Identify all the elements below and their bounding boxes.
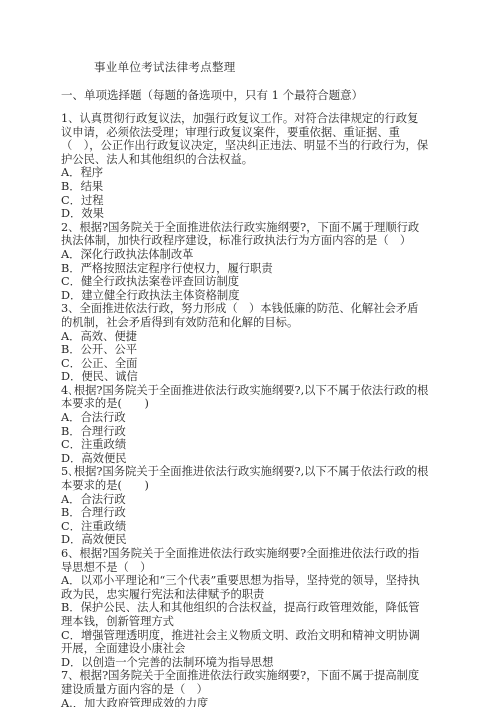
section-heading: 一、单项选择题（每题的备选项中，只有 1 个最符合题意） [61, 87, 363, 103]
question-stem: 1、认真贯彻行政复议法，加强行政复议工作。对符合法律规定的行政复议申请，必须依法… [61, 112, 429, 166]
option-b: B．合理行政 [61, 506, 429, 520]
option-a: A．高效、便捷 [61, 330, 429, 344]
question-stem: 3、全面推进依法行政，努力形成（ ）本钱低廉的防范、化解社会矛盾的机制，社会矛盾… [61, 302, 429, 329]
option-a: A．合法行政 [61, 411, 429, 425]
question-stem: 5､根据?国务院关于全面推进依法行政实施纲要?,以下不属于依法行政的根本要求的是… [61, 465, 429, 492]
question-1: 1、认真贯彻行政复议法，加强行政复议工作。对符合法律规定的行政复议申请，必须依法… [61, 112, 429, 221]
option-b: B．保护公民、法人和其他组织的合法权益，提高行政管理效能，降低管理本钱，创新管理… [61, 601, 429, 628]
option-d: D．以创造一个完善的法制环境为指导思想 [61, 656, 429, 670]
option-b: B．公开、公平 [61, 343, 429, 357]
question-stem: 4､根据?国务院关于全面推进依法行政实施纲要?,以下不属于依法行政的根本要求的是… [61, 384, 429, 411]
question-stem: 7、根据?国务院关于全面推进依法行政实施纲要?，下面不属于提高制度建设质量方面内… [61, 669, 429, 696]
option-b: B．严格按照法定程序行使权力，履行职责 [61, 262, 429, 276]
option-d: D．便民、诚信 [61, 370, 429, 384]
document-title: 事业单位考试法律考点整理 [94, 59, 236, 75]
question-3: 3、全面推进依法行政，努力形成（ ）本钱低廉的防范、化解社会矛盾的机制，社会矛盾… [61, 302, 429, 384]
question-7: 7、根据?国务院关于全面推进依法行政实施纲要?，下面不属于提高制度建设质量方面内… [61, 669, 429, 707]
question-5: 5､根据?国务院关于全面推进依法行政实施纲要?,以下不属于依法行政的根本要求的是… [61, 465, 429, 547]
option-c: C．增强管理透明度，推进社会主义物质文明、政治文明和精神文明协调开展，全面建设小… [61, 629, 429, 656]
option-a: A.．加大政府管理成效的力度 [61, 697, 429, 707]
option-b: B．结果 [61, 180, 429, 194]
option-a: A．程序 [61, 166, 429, 180]
option-d: D．建立健全行政执法主体资格制度 [61, 289, 429, 303]
question-list: 1、认真贯彻行政复议法，加强行政复议工作。对符合法律规定的行政复议申请，必须依法… [61, 112, 429, 707]
question-stem: 2、根据?国务院关于全面推进依法行政实施纲要?，下面不属于理顺行政执法体制，加快… [61, 221, 429, 248]
question-stem: 6、根据?国务院关于全面推进依法行政实施纲要?全面推进依法行政的指导思想不是（ … [61, 547, 429, 574]
option-c: C．过程 [61, 194, 429, 208]
page-footer-mark [249, 662, 251, 664]
option-d: D．高效便民 [61, 452, 429, 466]
option-b: B．合理行政 [61, 425, 429, 439]
option-c: C．健全行政执法案卷评查回访制度 [61, 275, 429, 289]
option-d: D．效果 [61, 207, 429, 221]
question-6: 6、根据?国务院关于全面推进依法行政实施纲要?全面推进依法行政的指导思想不是（ … [61, 547, 429, 669]
option-c: C．公正、全面 [61, 357, 429, 371]
option-c: C．注重政绩 [61, 438, 429, 452]
option-a: A．深化行政执法体制改革 [61, 248, 429, 262]
option-a: A．合法行政 [61, 493, 429, 507]
question-4: 4､根据?国务院关于全面推进依法行政实施纲要?,以下不属于依法行政的根本要求的是… [61, 384, 429, 466]
question-2: 2、根据?国务院关于全面推进依法行政实施纲要?，下面不属于理顺行政执法体制，加快… [61, 221, 429, 303]
option-d: D．高效便民 [61, 533, 429, 547]
option-a: A．以邓小平理论和“三个代表”重要思想为指导，坚持党的领导，坚持执政为民，忠实履… [61, 574, 429, 601]
option-c: C．注重政绩 [61, 520, 429, 534]
